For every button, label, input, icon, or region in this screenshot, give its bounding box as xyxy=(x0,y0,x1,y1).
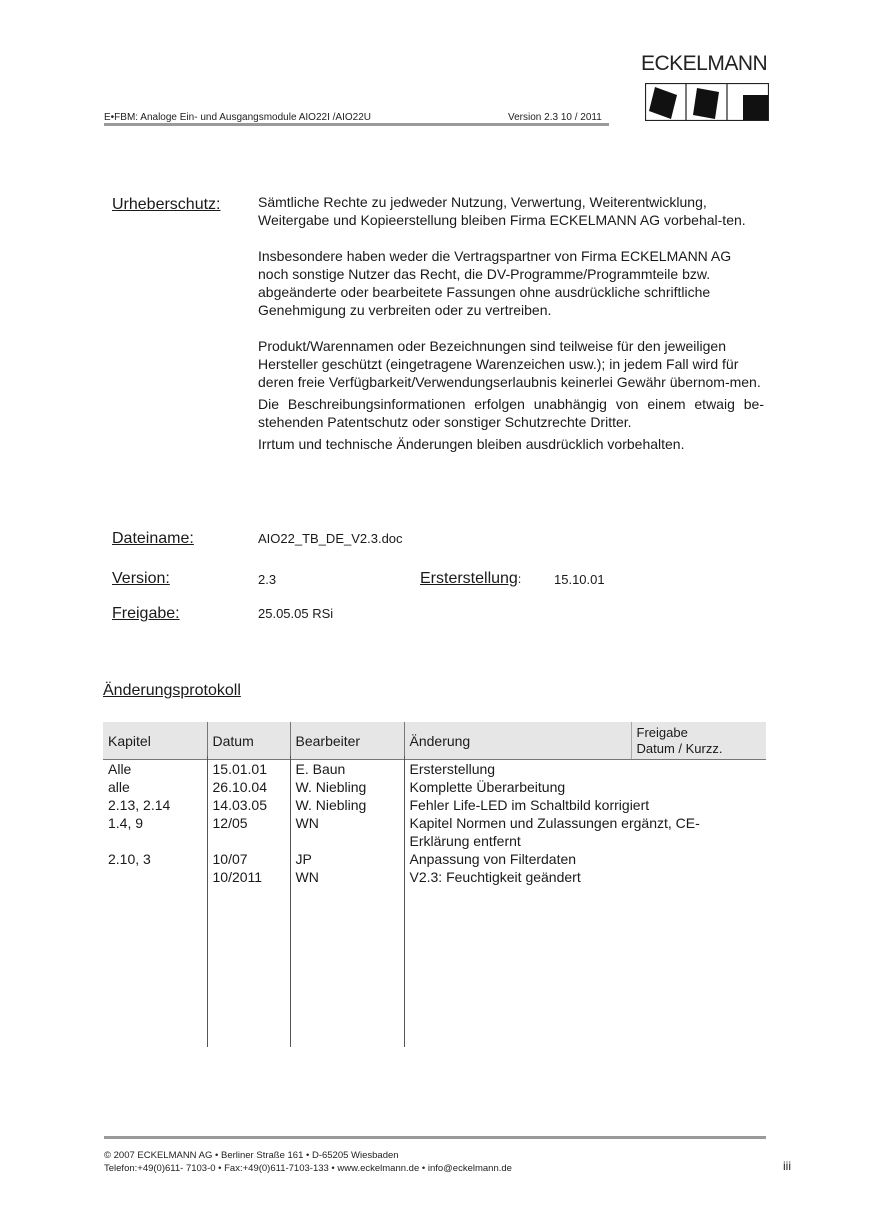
copyright-paragraph: Produkt/Warennamen oder Bezeichnungen si… xyxy=(258,337,764,391)
page-number: iii xyxy=(783,1159,791,1173)
table-row: Alle 15.01.01 E. Baun Ersterstellung xyxy=(103,760,766,779)
created-value: 15.10.01 xyxy=(554,572,605,587)
changelog-title: Änderungsprotokoll xyxy=(103,682,241,700)
header-rule xyxy=(104,123,609,126)
copyright-paragraph: Die Beschreibungsinformationen erfolgen … xyxy=(258,395,764,431)
table-row: alle 26.10.04 W. Niebling Komplette Über… xyxy=(103,778,766,796)
table-row: 2.13, 2.14 14.03.05 W. Niebling Fehler L… xyxy=(103,796,766,814)
cell-aenderung: Anpassung von Filterdaten xyxy=(404,850,766,868)
logo-text: ECKELMANN xyxy=(641,52,767,76)
document-title: E•FBM: Analoge Ein- und Ausgangsmodule A… xyxy=(104,112,371,123)
column-divider xyxy=(290,756,291,1047)
cell-kapitel: alle xyxy=(103,778,207,796)
eckelmann-logo-icon xyxy=(645,83,769,121)
column-header-freigabe: Freigabe Datum / Kurzz. xyxy=(631,722,766,760)
cell-bearbeiter: JP xyxy=(290,850,404,868)
column-divider xyxy=(207,756,208,1047)
document-version: Version 2.3 10 / 2011 xyxy=(508,112,602,123)
version-value: 2.3 xyxy=(258,572,276,587)
table-row: 1.4, 9 12/05 WN Kapitel Normen und Zulas… xyxy=(103,814,766,850)
table-row: 2.10, 3 10/07 JP Anpassung von Filterdat… xyxy=(103,850,766,868)
changelog-table: Kapitel Datum Bearbeiter Änderung Freiga… xyxy=(103,722,766,886)
table-row: 10/2011 WN V2.3: Feuchtigkeit geändert xyxy=(103,868,766,886)
cell-datum: 15.01.01 xyxy=(207,760,290,779)
cell-bearbeiter: W. Niebling xyxy=(290,796,404,814)
copyright-text: Sämtliche Rechte zu jedweder Nutzung, Ve… xyxy=(258,193,764,453)
copyright-label: Urheberschutz: xyxy=(112,196,221,214)
filename-label: Dateiname: xyxy=(112,530,194,548)
release-value: 25.05.05 RSi xyxy=(258,606,333,621)
cell-bearbeiter: W. Niebling xyxy=(290,778,404,796)
release-label: Freigabe: xyxy=(112,605,180,623)
copyright-paragraph: Insbesondere haben weder die Vertragspar… xyxy=(258,247,764,319)
created-colon: : xyxy=(518,572,521,586)
cell-aenderung: Kapitel Normen und Zulassungen ergänzt, … xyxy=(404,814,766,850)
column-header-bearbeiter: Bearbeiter xyxy=(290,722,404,760)
cell-datum: 10/2011 xyxy=(207,868,290,886)
cell-aenderung-text: Kapitel Normen und Zulassungen ergänzt, … xyxy=(410,815,700,849)
column-header-freigabe-line1: Freigabe xyxy=(637,725,762,741)
footer-rule xyxy=(104,1136,766,1139)
cell-bearbeiter: WN xyxy=(290,868,404,886)
cell-aenderung: Komplette Überarbeitung xyxy=(404,778,766,796)
version-label: Version: xyxy=(112,570,170,588)
created-label-wrap: Ersterstellung: xyxy=(420,570,521,588)
cell-bearbeiter: WN xyxy=(290,814,404,850)
column-header-datum: Datum xyxy=(207,722,290,760)
table-header-row: Kapitel Datum Bearbeiter Änderung Freiga… xyxy=(103,722,766,760)
column-header-kapitel: Kapitel xyxy=(103,722,207,760)
cell-kapitel: 2.13, 2.14 xyxy=(103,796,207,814)
cell-datum: 10/07 xyxy=(207,850,290,868)
created-label: Ersterstellung xyxy=(420,570,518,587)
filename-value: AIO22_TB_DE_V2.3.doc xyxy=(258,531,403,546)
cell-datum: 26.10.04 xyxy=(207,778,290,796)
cell-aenderung: V2.3: Feuchtigkeit geändert xyxy=(404,868,766,886)
cell-bearbeiter: E. Baun xyxy=(290,760,404,779)
column-divider xyxy=(404,756,405,1047)
footer-address: © 2007 ECKELMANN AG • Berliner Straße 16… xyxy=(104,1150,399,1161)
cell-kapitel: Alle xyxy=(103,760,207,779)
cell-datum: 12/05 xyxy=(207,814,290,850)
cell-kapitel: 2.10, 3 xyxy=(103,850,207,868)
footer-contact: Telefon:+49(0)611- 7103-0 • Fax:+49(0)61… xyxy=(104,1163,512,1174)
column-header-aenderung: Änderung xyxy=(404,722,631,760)
cell-datum: 14.03.05 xyxy=(207,796,290,814)
column-header-freigabe-line2: Datum / Kurzz. xyxy=(637,741,762,757)
cell-kapitel xyxy=(103,868,207,886)
copyright-paragraph: Irrtum und technische Änderungen bleiben… xyxy=(258,435,764,453)
cell-aenderung: Fehler Life-LED im Schaltbild korrigiert xyxy=(404,796,766,814)
cell-kapitel: 1.4, 9 xyxy=(103,814,207,850)
cell-aenderung: Ersterstellung xyxy=(404,760,766,779)
copyright-paragraph: Sämtliche Rechte zu jedweder Nutzung, Ve… xyxy=(258,193,764,229)
